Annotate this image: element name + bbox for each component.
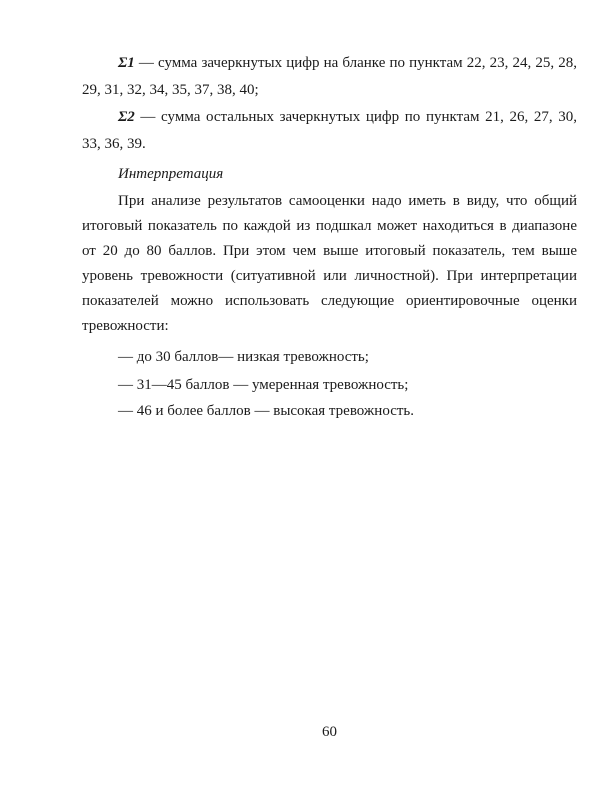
page-number: 60 (82, 722, 577, 742)
paragraph-sigma2: Σ2 — сумма остальных зачеркнутых цифр по… (82, 104, 577, 158)
anxiety-level-item-low: — до 30 баллов— низкая тревожность; (82, 345, 577, 370)
page-content: Σ1 — сумма зачеркнутых цифр на бланке по… (82, 50, 577, 424)
anxiety-level-item-moderate: — 31—45 баллов — умеренная тревожность; (82, 373, 577, 398)
interpretation-paragraph: При анализе результатов самооценки надо … (82, 189, 577, 339)
paragraph-sigma1: Σ1 — сумма зачеркнутых цифр на бланке по… (82, 50, 577, 104)
interpretation-heading: Интерпретация (82, 162, 577, 187)
sigma1-text: — сумма зачеркнутых цифр на бланке по пу… (82, 55, 577, 98)
sigma2-text: — сумма остальных зачеркнутых цифр по пу… (82, 109, 577, 152)
sigma1-symbol: Σ1 (118, 55, 135, 71)
sigma2-symbol: Σ2 (118, 109, 135, 125)
document-page: Σ1 — сумма зачеркнутых цифр на бланке по… (0, 0, 612, 792)
anxiety-level-item-high: — 46 и более баллов — высокая тревожност… (82, 399, 577, 424)
